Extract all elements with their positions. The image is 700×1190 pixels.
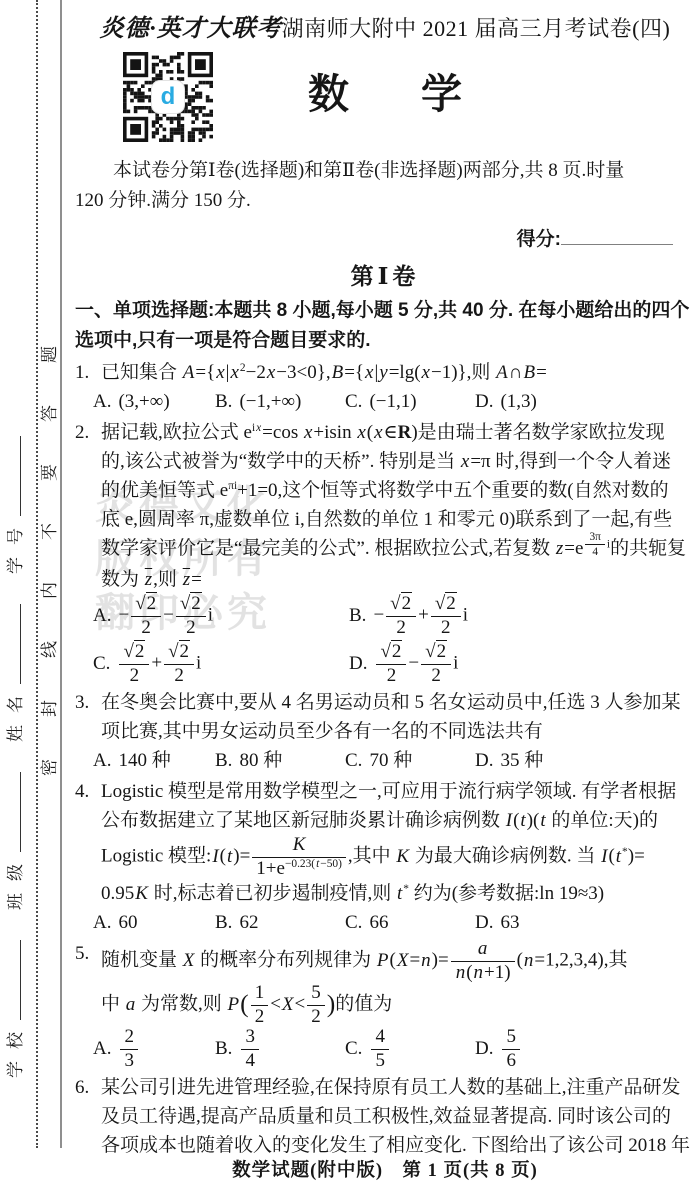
- section-instruction: 一、单项选择题:本题共 8 小题,每小题 5 分,共 40 分. 在每小题给出的…: [75, 296, 695, 356]
- question-line: 的,该公式被誉为“数学中的天桥”. 特别是当 x=π 时,得到一个令人着迷: [101, 447, 695, 476]
- section-title: 第Ⅰ卷: [75, 260, 695, 294]
- option-label: C.: [345, 750, 362, 771]
- question-1: 1.已知集合 A={x|x2−2x−3<0},B={x|y=lg(x−1)},则…: [75, 358, 695, 416]
- margin-solid-line: [60, 0, 62, 1148]
- question-5: 5.随机变量 X 的概率分布列规律为 P(X=n)=an(n+1)(n=1,2,…: [75, 939, 695, 1071]
- option-C: C.(−1,1): [345, 387, 475, 416]
- question-4: 4.Logistic 模型是常用数学模型之一,可应用于流行病学领域. 有学者根据…: [75, 777, 695, 937]
- option-label: A.: [93, 605, 111, 626]
- options-row: A.23B.34C.45D.56: [93, 1027, 695, 1071]
- option-C: C.√22+√22i: [93, 642, 349, 686]
- exam-title: 湖南师大附中 2021 届高三月考试卷(四): [282, 16, 671, 41]
- score-blank: [561, 228, 673, 245]
- option-C: C.66: [345, 908, 475, 937]
- question-line: 及员工待遇,提高产品质量和员工积极性,效益显著提高. 同时该公司的: [101, 1102, 695, 1131]
- question-line: 某公司引进先进管理经验,在保持原有员工人数的基础上,注重产品研发: [101, 1073, 695, 1102]
- intro-line-2: 120 分钟.满分 150 分.: [75, 186, 695, 216]
- option-label: B.: [215, 1038, 232, 1059]
- question-line: 项比赛,其中男女运动员至少各有一名的不同选法共有: [101, 717, 695, 746]
- sidebar-field: 学号: [6, 436, 25, 574]
- instruction-line-1: 一、单项选择题:本题共 8 小题,每小题 5 分,共 40 分. 在每小题给出的…: [75, 296, 695, 326]
- option-label: D.: [475, 912, 493, 933]
- options-row: A.60B.62C.66D.63: [93, 908, 695, 937]
- options-row: A.−√22−√22iB.−√22+√22iC.√22+√22iD.√22−√2…: [93, 594, 695, 686]
- option-B: B.80 种: [215, 746, 345, 775]
- option-label: D.: [349, 653, 367, 674]
- question-line: Logistic 模型:I(t)=K1+e−0.23(t−50),其中 K 为最…: [101, 835, 695, 879]
- option-label: B.: [215, 750, 232, 771]
- page-title: 炎德·英才大联考湖南师大附中 2021 届高三月考试卷(四): [75, 12, 695, 48]
- option-B: B.62: [215, 908, 345, 937]
- question-line: Logistic 模型是常用数学模型之一,可应用于流行病学领域. 有学者根据: [101, 777, 695, 806]
- option-D: D.√22−√22i: [349, 642, 695, 686]
- option-D: D.56: [475, 1027, 695, 1071]
- subject-char-1: 数: [308, 71, 349, 117]
- option-label: D.: [475, 1038, 493, 1059]
- sidebar-field-blank: [3, 604, 21, 684]
- option-label: A.: [93, 391, 111, 412]
- instruction-line-2: 选项中,只有一项是符合题目要求的.: [75, 326, 695, 356]
- option-A: A.23: [93, 1027, 215, 1071]
- content-column: 炎德·英才大联考湖南师大附中 2021 届高三月考试卷(四) d 数学 本试卷分…: [75, 12, 695, 1160]
- question-line: 公布数据建立了某地区新冠肺炎累计确诊病例数 I(t)(t 的单位:天)的: [101, 806, 695, 835]
- option-label: A.: [93, 750, 111, 771]
- option-A: A.(3,+∞): [93, 387, 215, 416]
- score-label: 得分:: [517, 229, 561, 250]
- brand-name: 炎德·英才大联考: [100, 16, 282, 42]
- question-line: 据记载,欧拉公式 eix=cos x+isin x(x∈R)是由瑞士著名数学家欧…: [101, 418, 695, 447]
- question-line: 数为 z,则 z=: [101, 565, 695, 594]
- options-row: A.(3,+∞)B.(−1,+∞)C.(−1,1)D.(1,3): [93, 387, 695, 416]
- score-row: 得分:: [75, 224, 695, 256]
- option-label: D.: [475, 750, 493, 771]
- question-line: 中 a 为常数,则 P(12<X<52)的值为: [101, 983, 695, 1027]
- question-number: 6.: [75, 1073, 89, 1102]
- option-A: A.−√22−√22i: [93, 594, 349, 638]
- question-line: 的优美恒等式 eπi+1=0,这个恒等式将数学中五个重要的数(自然对数的: [101, 476, 695, 505]
- question-3: 3.在冬奥会比赛中,要从 4 名男运动员和 5 名女运动员中,任选 3 人参加某…: [75, 688, 695, 775]
- question-line: 数学家评价它是“最完美的公式”. 根据欧拉公式,若复数 z=e3π4i的共轭复: [101, 534, 695, 565]
- option-A: A.60: [93, 908, 215, 937]
- option-label: C.: [345, 391, 362, 412]
- header-block: d 数学: [75, 48, 695, 152]
- option-B: B.(−1,+∞): [215, 387, 345, 416]
- seal-line-text: 密封线内不要答题: [35, 266, 60, 782]
- option-label: A.: [93, 1038, 111, 1059]
- page-footer: 数学试题(附中版) 第 1 页(共 8 页): [75, 1156, 695, 1182]
- option-label: A.: [93, 912, 111, 933]
- subject-title: 数学: [75, 70, 695, 118]
- question-number: 2.: [75, 418, 89, 447]
- option-D: D.35 种: [475, 746, 695, 775]
- sidebar-field: 班级: [6, 772, 25, 910]
- option-A: A.140 种: [93, 746, 215, 775]
- question-number: 4.: [75, 777, 89, 806]
- option-label: B.: [215, 391, 232, 412]
- question-2: 2.据记载,欧拉公式 eix=cos x+isin x(x∈R)是由瑞士著名数学…: [75, 418, 695, 686]
- option-B: B.−√22+√22i: [349, 594, 695, 638]
- question-number: 5.: [75, 939, 89, 968]
- exam-page: 炎德文化版权所有翻印必究 学校班级姓名学号 密封线内不要答题 炎德·英才大联考湖…: [0, 0, 700, 1190]
- sidebar-field-blank: [3, 772, 21, 852]
- option-D: D.(1,3): [475, 387, 695, 416]
- student-info-fields: 学校班级姓名学号: [1, 28, 26, 1078]
- question-number: 1.: [75, 358, 89, 387]
- option-label: C.: [93, 653, 110, 674]
- option-C: C.70 种: [345, 746, 475, 775]
- question-line: 已知集合 A={x|x2−2x−3<0},B={x|y=lg(x−1)},则 A…: [101, 358, 695, 387]
- sidebar-field-blank: [3, 436, 21, 516]
- subject-char-2: 学: [421, 71, 462, 117]
- option-D: D.63: [475, 908, 695, 937]
- option-B: B.34: [215, 1027, 345, 1071]
- intro-paragraph: 本试卷分第Ⅰ卷(选择题)和第Ⅱ卷(非选择题)两部分,共 8 页.时量 120 分…: [75, 156, 695, 216]
- question-line: 0.95K 时,标志着已初步遏制疫情,则 t* 约为(参考数据:ln 19≈3): [101, 879, 695, 908]
- sidebar-field: 学校: [6, 940, 25, 1078]
- option-label: D.: [475, 391, 493, 412]
- intro-line-1: 本试卷分第Ⅰ卷(选择题)和第Ⅱ卷(非选择题)两部分,共 8 页.时量: [75, 156, 695, 186]
- option-label: C.: [345, 912, 362, 933]
- question-6: 6.某公司引进先进管理经验,在保持原有员工人数的基础上,注重产品研发及员工待遇,…: [75, 1073, 695, 1160]
- question-line: 随机变量 X 的概率分布列规律为 P(X=n)=an(n+1)(n=1,2,3,…: [101, 939, 695, 983]
- options-row: A.140 种B.80 种C.70 种D.35 种: [93, 746, 695, 775]
- option-label: B.: [215, 912, 232, 933]
- option-label: C.: [345, 1038, 362, 1059]
- option-C: C.45: [345, 1027, 475, 1071]
- question-line: 在冬奥会比赛中,要从 4 名男运动员和 5 名女运动员中,任选 3 人参加某: [101, 688, 695, 717]
- sidebar-field: 姓名: [6, 604, 25, 742]
- question-number: 3.: [75, 688, 89, 717]
- option-label: B.: [349, 605, 366, 626]
- question-list: 1.已知集合 A={x|x2−2x−3<0},B={x|y=lg(x−1)},则…: [75, 358, 695, 1160]
- sidebar-field-blank: [3, 940, 21, 1020]
